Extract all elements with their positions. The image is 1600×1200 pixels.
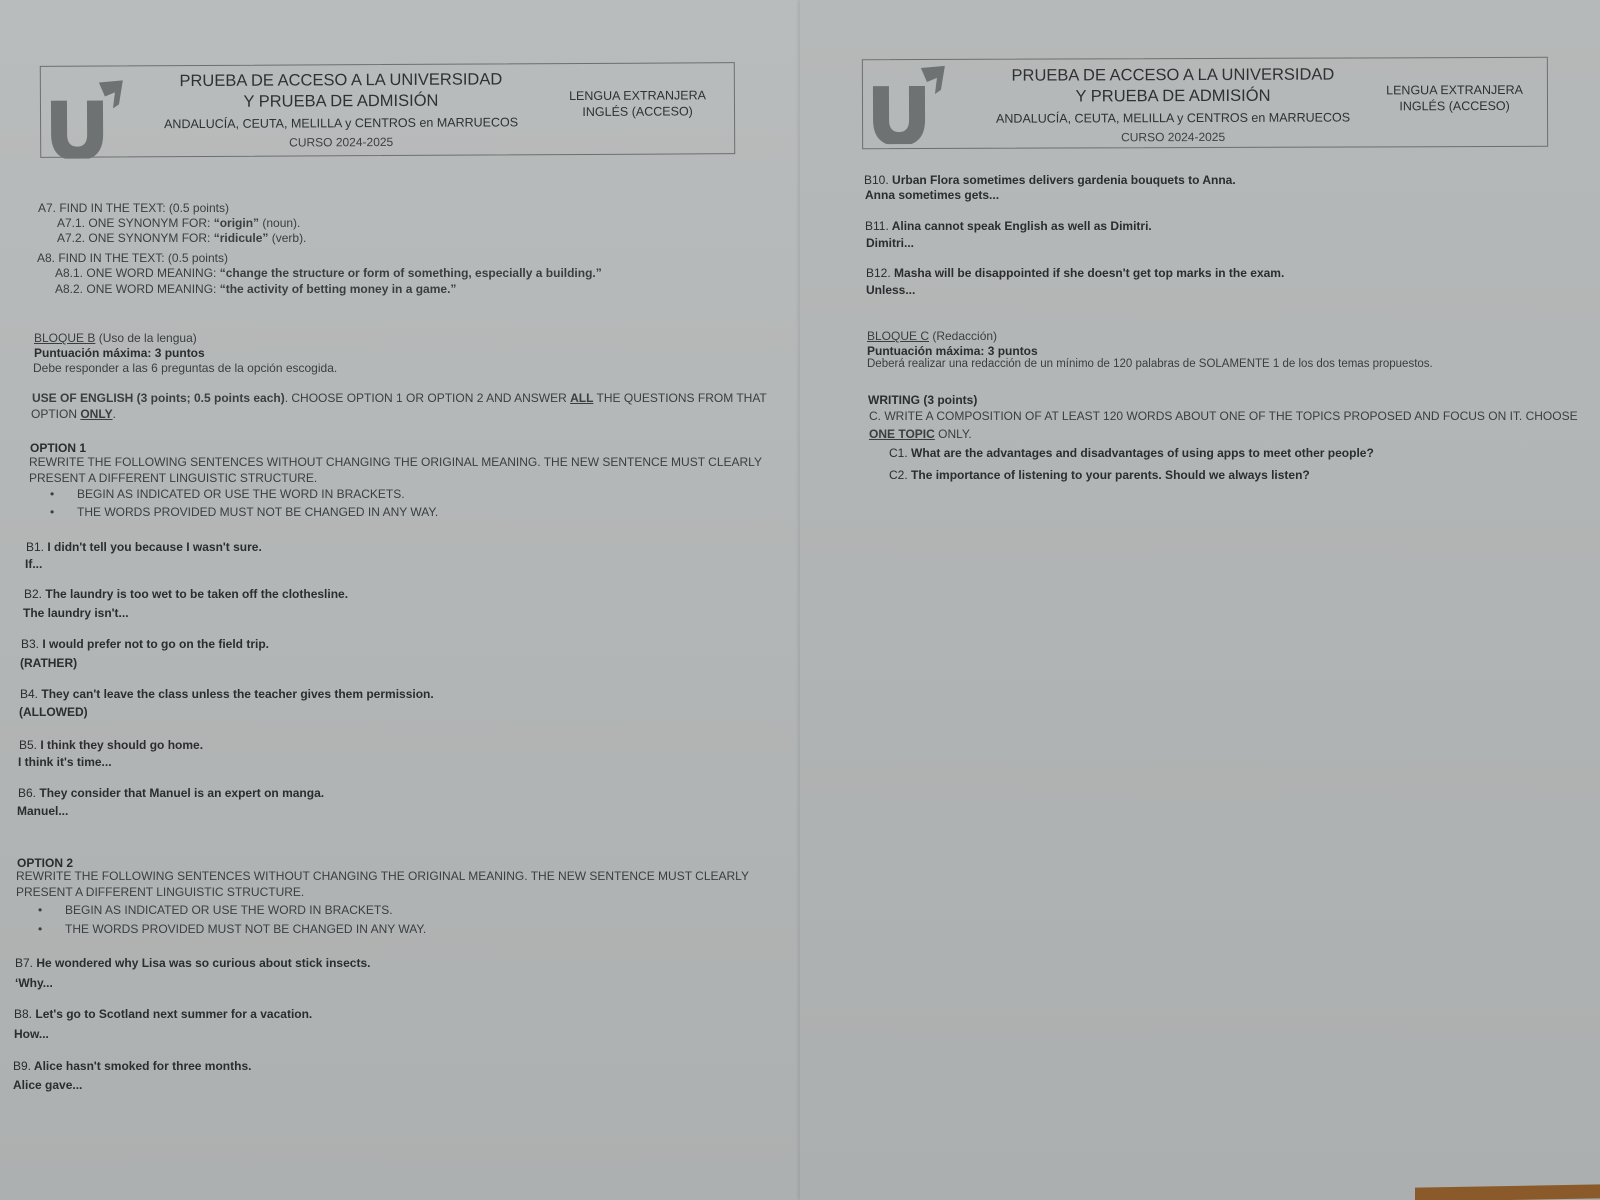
- a8-heading: A8. FIND IN THE TEXT: (0.5 points): [37, 251, 228, 266]
- exam-page-left: PRUEBA DE ACCESO A LA UNIVERSIDAD Y PRUE…: [0, 0, 800, 1200]
- a7-1-suffix: (noun).: [259, 216, 300, 230]
- bloque-b-max-score: Puntuación máxima: 3 puntos: [34, 346, 205, 361]
- a7-2-prefix: A7.2. ONE SYNONYM FOR:: [57, 231, 214, 245]
- question-b12: B12. Masha will be disappointed if she d…: [866, 266, 1284, 281]
- header-region: ANDALUCÍA, CEUTA, MELILLA y CENTROS en M…: [161, 112, 521, 134]
- question-number: B3.: [21, 637, 39, 651]
- use-of-english-text1: . CHOOSE OPTION 1 OR OPTION 2 AND ANSWER: [285, 391, 570, 405]
- use-of-english-text2: THE QUESTIONS FROM THAT: [593, 391, 766, 405]
- option2-instruction-2: PRESENT A DIFFERENT LINGUISTIC STRUCTURE…: [16, 885, 304, 900]
- option2-instruction-1: REWRITE THE FOLLOWING SENTENCES WITHOUT …: [16, 869, 749, 884]
- use-of-english-only: ONLY: [80, 407, 112, 421]
- prompt-b8: How...: [14, 1027, 49, 1042]
- bloque-c-label: BLOQUE C: [867, 329, 929, 343]
- question-b2: B2. The laundry is too wet to be taken o…: [24, 587, 348, 602]
- option1-title: OPTION 1: [30, 441, 86, 456]
- prompt-b4: (ALLOWED): [19, 705, 88, 720]
- question-b4: B4. They can't leave the class unless th…: [20, 687, 434, 702]
- writing-heading: WRITING (3 points): [868, 393, 977, 408]
- header-course: CURSO 2024-2025: [993, 127, 1353, 146]
- question-sentence: Alice hasn't smoked for three months.: [34, 1059, 252, 1073]
- header-subject: LENGUA EXTRANJERA INGLÉS (ACCESO): [569, 87, 706, 120]
- prompt-b2: The laundry isn't...: [23, 606, 129, 621]
- option1-instruction-2: PRESENT A DIFFERENT LINGUISTIC STRUCTURE…: [29, 471, 317, 486]
- exam-header: PRUEBA DE ACCESO A LA UNIVERSIDAD Y PRUE…: [862, 57, 1548, 149]
- use-of-english-l2-suffix: .: [113, 407, 116, 421]
- question-b1: B1. I didn't tell you because I wasn't s…: [26, 540, 262, 555]
- question-number: B12.: [866, 266, 891, 280]
- bloque-b-instruction: Debe responder a las 6 preguntas de la o…: [33, 361, 337, 376]
- question-sentence: They can't leave the class unless the te…: [41, 687, 433, 701]
- question-number: B5.: [19, 738, 37, 752]
- question-b3: B3. I would prefer not to go on the fiel…: [21, 637, 269, 652]
- a8-2-meaning: “the activity of betting money in a game…: [220, 282, 457, 296]
- bloque-b-title: BLOQUE B (Uso de la lengua): [34, 331, 197, 346]
- a7-2-word: “ridicule”: [214, 231, 269, 245]
- question-b5: B5. I think they should go home.: [19, 738, 203, 753]
- topic-number: C1.: [889, 446, 908, 460]
- option2-bullet-2: THE WORDS PROVIDED MUST NOT BE CHANGED I…: [65, 922, 426, 937]
- header-subject-line2: INGLÉS (ACCESO): [569, 103, 706, 120]
- prompt-b10: Anna sometimes gets...: [865, 188, 999, 203]
- exam-page-right: PRUEBA DE ACCESO A LA UNIVERSIDAD Y PRUE…: [800, 0, 1600, 1200]
- question-sentence: I would prefer not to go on the field tr…: [42, 637, 269, 651]
- bloque-c-title: BLOQUE C (Redacción): [867, 329, 997, 344]
- question-number: B11.: [865, 219, 889, 233]
- prompt-b7: ‘Why...: [15, 976, 53, 991]
- writing-instruction-2: ONE TOPIC ONLY.: [869, 427, 972, 442]
- prompt-b5: I think it's time...: [18, 755, 112, 770]
- header-subject-line1: LENGUA EXTRANJERA: [1386, 82, 1523, 98]
- a8-item-2: A8.2. ONE WORD MEANING: “the activity of…: [55, 282, 456, 297]
- topic-number: C2.: [889, 468, 908, 482]
- question-b11: B11. Alina cannot speak English as well …: [865, 219, 1152, 234]
- question-number: B4.: [20, 687, 38, 701]
- a7-item-2: A7.2. ONE SYNONYM FOR: “ridicule” (verb)…: [57, 231, 306, 246]
- a7-item-1: A7.1. ONE SYNONYM FOR: “origin” (noun).: [57, 216, 300, 231]
- question-b7: B7. He wondered why Lisa was so curious …: [15, 956, 370, 971]
- a7-2-suffix: (verb).: [268, 231, 306, 245]
- writing-instruction-1: C. WRITE A COMPOSITION OF AT LEAST 120 W…: [869, 409, 1578, 424]
- bloque-b-suffix: (Uso de la lengua): [95, 331, 196, 345]
- a8-2-prefix: A8.2. ONE WORD MEANING:: [55, 282, 220, 296]
- header-region: ANDALUCÍA, CEUTA, MELILLA y CENTROS en M…: [993, 107, 1353, 128]
- writing-l2-suffix: ONLY.: [935, 427, 972, 441]
- question-number: B2.: [24, 587, 42, 601]
- question-sentence: Let's go to Scotland next summer for a v…: [35, 1007, 312, 1021]
- a8-1-prefix: A8.1. ONE WORD MEANING:: [55, 266, 220, 280]
- use-of-english-all: ALL: [570, 391, 593, 405]
- question-b10: B10. Urban Flora sometimes delivers gard…: [864, 173, 1236, 188]
- question-sentence: They consider that Manuel is an expert o…: [39, 786, 324, 800]
- a7-1-word: “origin”: [214, 216, 259, 230]
- topic-text: What are the advantages and disadvantage…: [911, 446, 1374, 460]
- header-title-line1: PRUEBA DE ACCESO A LA UNIVERSIDAD: [161, 69, 521, 92]
- use-of-english-l2-prefix: OPTION: [31, 407, 80, 421]
- one-topic-emphasis: ONE TOPIC: [869, 427, 935, 441]
- question-sentence: I didn't tell you because I wasn't sure.: [47, 540, 261, 554]
- header-subject: LENGUA EXTRANJERA INGLÉS (ACCESO): [1386, 82, 1523, 114]
- topic-c1: C1. What are the advantages and disadvan…: [889, 446, 1374, 461]
- option1-instruction-1: REWRITE THE FOLLOWING SENTENCES WITHOUT …: [29, 455, 762, 470]
- prompt-b11: Dimitri...: [866, 236, 914, 251]
- question-sentence: Masha will be disappointed if she doesn'…: [894, 266, 1284, 280]
- question-number: B6.: [18, 786, 36, 800]
- exam-header: PRUEBA DE ACCESO A LA UNIVERSIDAD Y PRUE…: [40, 62, 735, 158]
- use-of-english-bold: USE OF ENGLISH (3 points; 0.5 points eac…: [32, 391, 285, 405]
- option1-bullet-2: THE WORDS PROVIDED MUST NOT BE CHANGED I…: [77, 505, 438, 520]
- a8-item-1: A8.1. ONE WORD MEANING: “change the stru…: [55, 266, 602, 281]
- header-title-block: PRUEBA DE ACCESO A LA UNIVERSIDAD Y PRUE…: [993, 64, 1353, 146]
- question-number: B8.: [14, 1007, 32, 1021]
- a7-heading: A7. FIND IN THE TEXT: (0.5 points): [38, 201, 229, 216]
- topic-text: The importance of listening to your pare…: [911, 468, 1310, 482]
- question-number: B9.: [13, 1059, 31, 1073]
- prompt-b12: Unless...: [866, 283, 915, 298]
- prompt-b1: If...: [25, 557, 42, 572]
- u-arrow-logo-icon: [47, 78, 127, 158]
- header-title-line1: PRUEBA DE ACCESO A LA UNIVERSIDAD: [993, 64, 1353, 86]
- question-number: B1.: [26, 540, 44, 554]
- question-sentence: I think they should go home.: [40, 738, 203, 752]
- question-number: B10.: [864, 173, 889, 187]
- question-b8: B8. Let's go to Scotland next summer for…: [14, 1007, 312, 1022]
- a7-1-prefix: A7.1. ONE SYNONYM FOR:: [57, 216, 214, 230]
- question-sentence: Alina cannot speak English as well as Di…: [892, 219, 1152, 233]
- use-of-english-line2: OPTION ONLY.: [31, 407, 116, 422]
- header-course: CURSO 2024-2025: [161, 132, 521, 152]
- option1-bullet-1: BEGIN AS INDICATED OR USE THE WORD IN BR…: [77, 487, 405, 502]
- question-sentence: Urban Flora sometimes delivers gardenia …: [892, 173, 1236, 187]
- question-number: B7.: [15, 956, 33, 970]
- header-title-line2: Y PRUEBA DE ADMISIÓN: [161, 90, 521, 113]
- use-of-english-line1: USE OF ENGLISH (3 points; 0.5 points eac…: [32, 391, 767, 406]
- question-sentence: He wondered why Lisa was so curious abou…: [36, 956, 370, 970]
- header-subject-line1: LENGUA EXTRANJERA: [569, 87, 706, 104]
- u-arrow-logo-icon: [869, 64, 949, 144]
- bloque-c-instruction: Deberá realizar una redacción de un míni…: [867, 357, 1433, 372]
- prompt-b9: Alice gave...: [13, 1078, 82, 1093]
- question-b9: B9. Alice hasn't smoked for three months…: [13, 1059, 251, 1074]
- question-b6: B6. They consider that Manuel is an expe…: [18, 786, 324, 801]
- topic-c2: C2. The importance of listening to your …: [889, 468, 1310, 483]
- wooden-table-edge: [1415, 1184, 1600, 1200]
- header-title-block: PRUEBA DE ACCESO A LA UNIVERSIDAD Y PRUE…: [161, 69, 521, 152]
- prompt-b3: (RATHER): [20, 656, 77, 671]
- bloque-b-label: BLOQUE B: [34, 331, 95, 345]
- bloque-c-suffix: (Redacción): [929, 329, 997, 343]
- header-subject-line2: INGLÉS (ACCESO): [1386, 98, 1523, 114]
- a8-1-meaning: “change the structure or form of somethi…: [220, 266, 602, 280]
- option2-bullet-1: BEGIN AS INDICATED OR USE THE WORD IN BR…: [65, 903, 393, 918]
- prompt-b6: Manuel...: [17, 804, 68, 819]
- header-title-line2: Y PRUEBA DE ADMISIÓN: [993, 85, 1353, 107]
- question-sentence: The laundry is too wet to be taken off t…: [45, 587, 348, 601]
